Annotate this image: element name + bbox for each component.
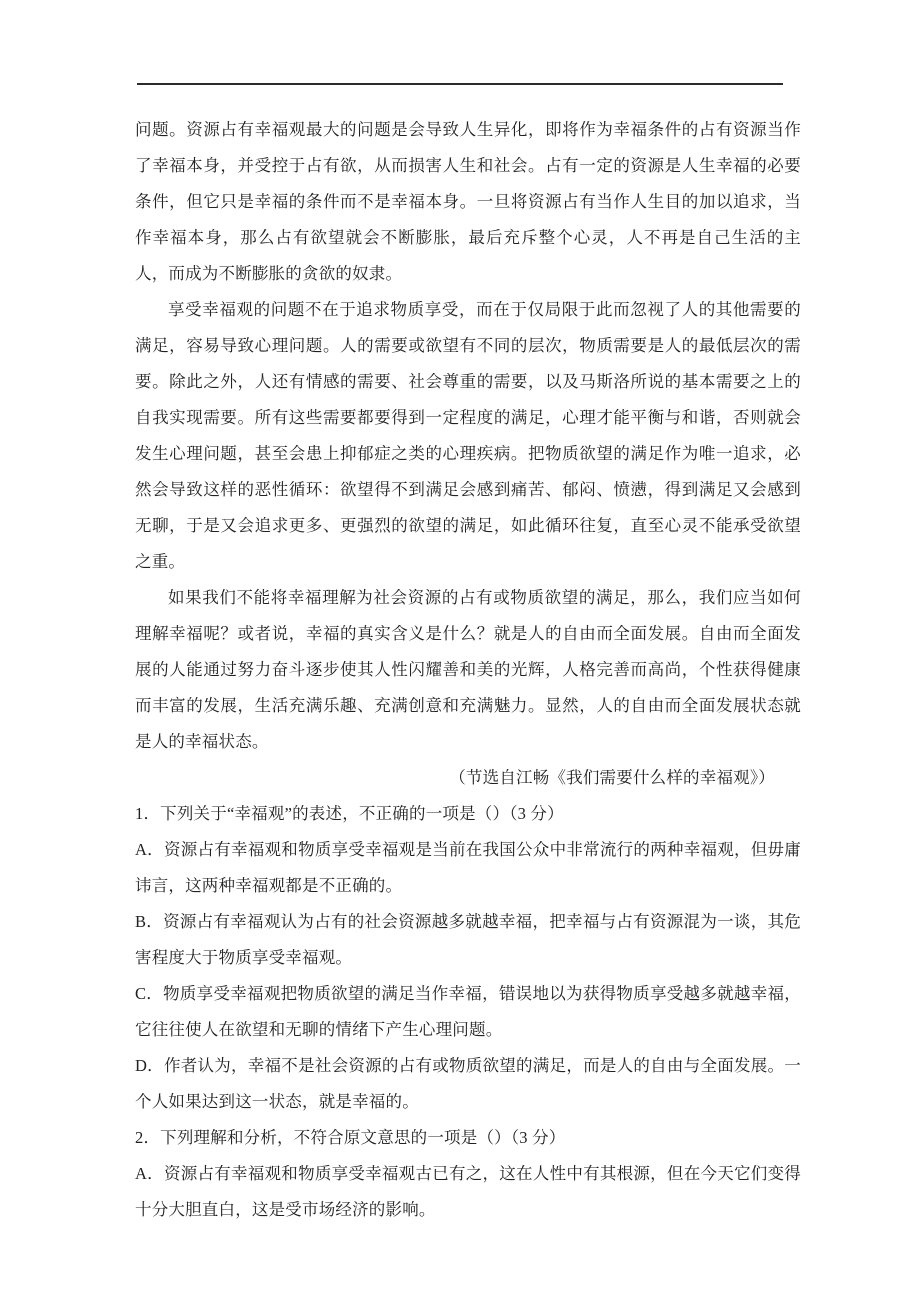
- header-rule: [137, 83, 783, 85]
- body-paragraph-1: 问题。资源占有幸福观最大的问题是会导致人生异化，即将作为幸福条件的占有资源当作了…: [135, 112, 801, 292]
- question-1-option-a: A．资源占有幸福观和物质享受幸福观是当前在我国公众中非常流行的两种幸福观，但毋庸…: [135, 832, 801, 904]
- question-2-option-a: A．资源占有幸福观和物质享受幸福观古已有之，这在人性中有其根源，但在今天它们变得…: [135, 1156, 801, 1228]
- question-1-stem: 1．下列关于“幸福观”的表述，不正确的一项是（）（3 分）: [135, 796, 801, 832]
- question-1-option-d: D．作者认为，幸福不是社会资源的占有或物质欲望的满足，而是人的自由与全面发展。一…: [135, 1048, 801, 1120]
- document-content: 问题。资源占有幸福观最大的问题是会导致人生异化，即将作为幸福条件的占有资源当作了…: [135, 112, 801, 1228]
- question-1-option-c: C．物质享受幸福观把物质欲望的满足当作幸福，错误地以为获得物质享受越多就越幸福，…: [135, 976, 801, 1048]
- question-1-option-b: B．资源占有幸福观认为占有的社会资源越多就越幸福，把幸福与占有资源混为一谈，其危…: [135, 904, 801, 976]
- body-paragraph-2: 享受幸福观的问题不在于追求物质享受，而在于仅局限于此而忽视了人的其他需要的满足，…: [135, 292, 801, 580]
- source-attribution: （节选自江畅《我们需要什么样的幸福观》）: [135, 760, 801, 796]
- question-2-stem: 2．下列理解和分析，不符合原文意思的一项是（）（3 分）: [135, 1120, 801, 1156]
- body-paragraph-3: 如果我们不能将幸福理解为社会资源的占有或物质欲望的满足，那么，我们应当如何理解幸…: [135, 580, 801, 760]
